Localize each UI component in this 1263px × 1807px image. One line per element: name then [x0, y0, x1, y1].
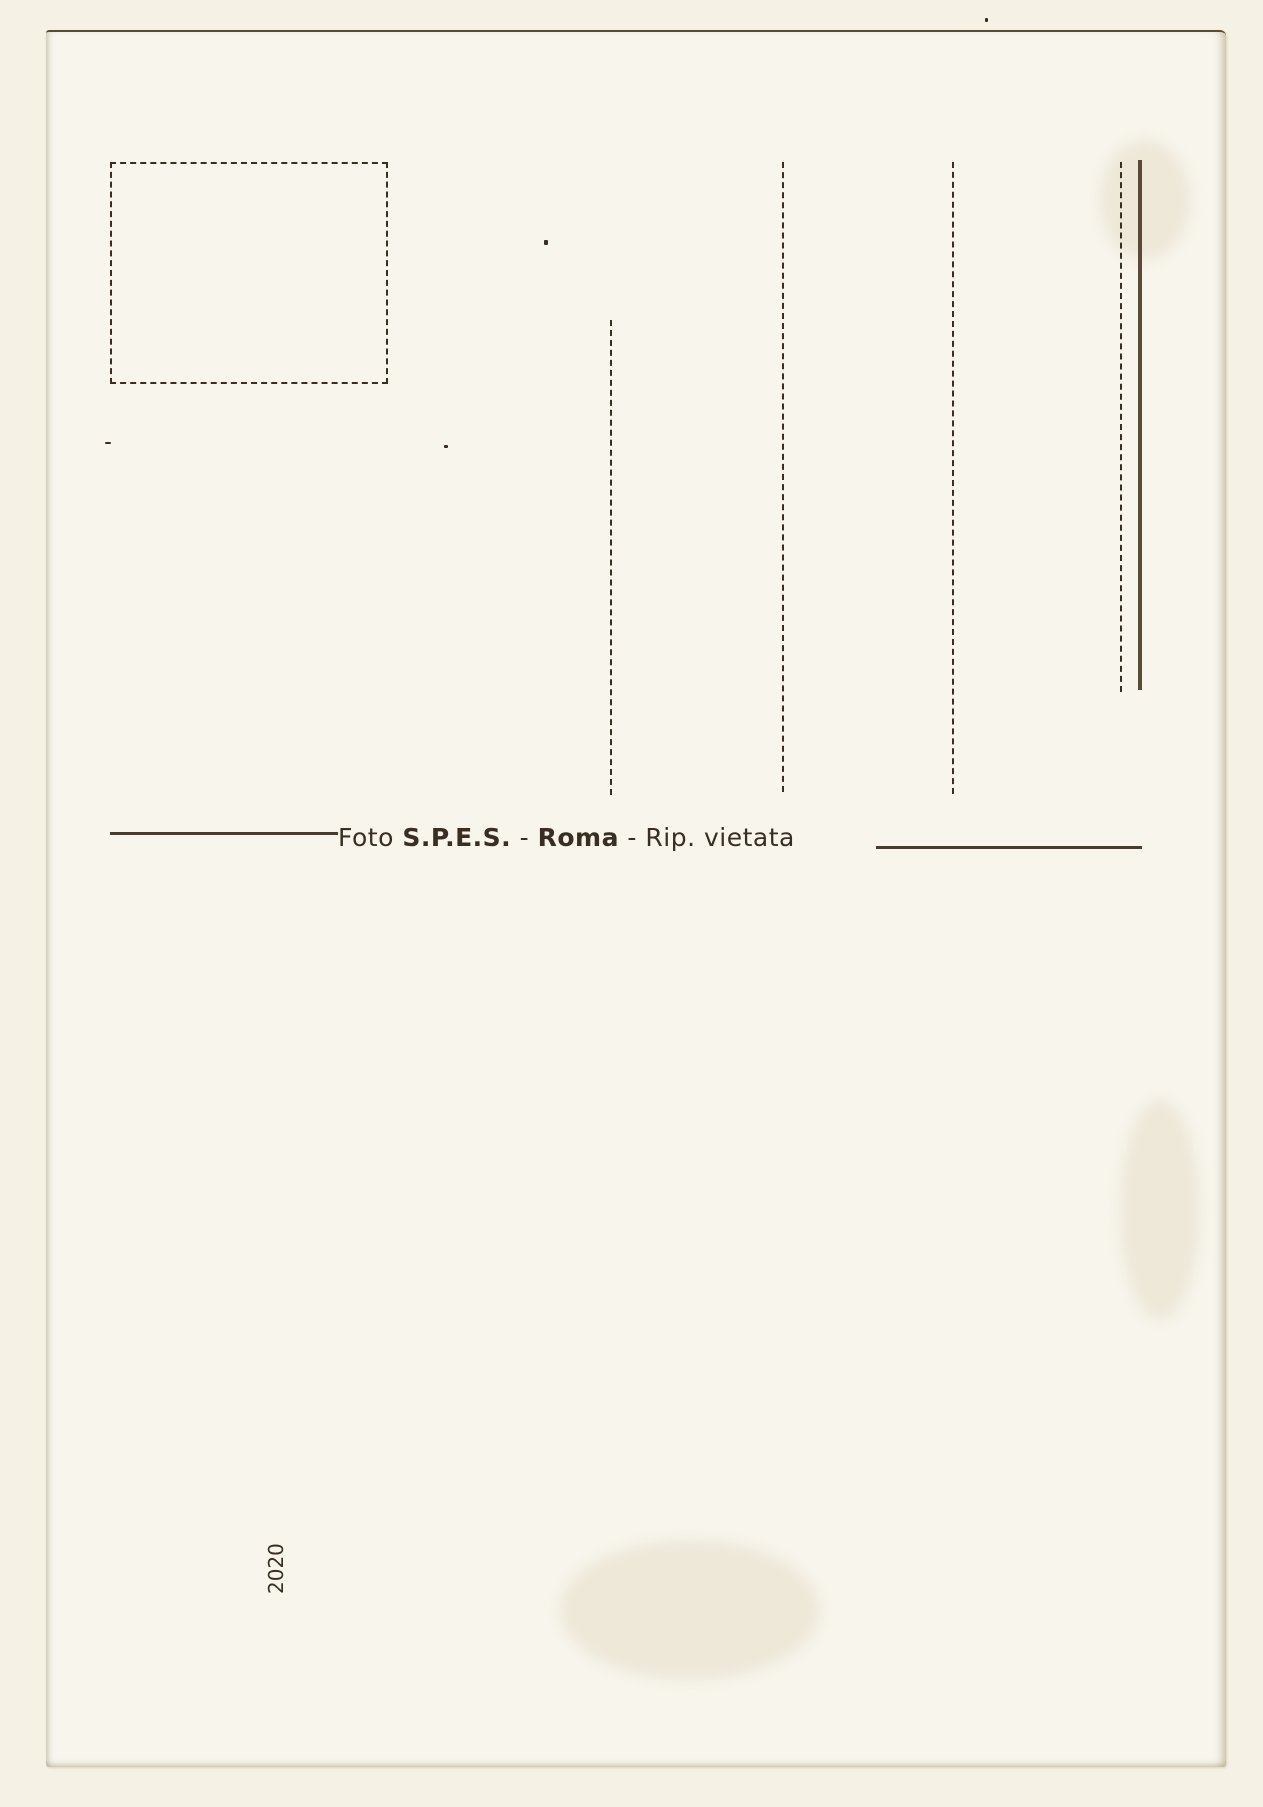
- imprint-rule-left: [110, 832, 338, 835]
- paper-stain: [1100, 140, 1190, 260]
- imprint-city: Roma: [538, 823, 619, 852]
- imprint-separator: -: [627, 823, 637, 852]
- publisher-imprint: Foto S.P.E.S. - Roma - Rip. vietata: [338, 823, 795, 852]
- imprint-prefix: Foto: [338, 823, 394, 852]
- imprint-publisher: S.P.E.S.: [402, 823, 511, 852]
- paper-stain: [1120, 1100, 1200, 1320]
- paper-stain: [560, 1540, 820, 1680]
- address-line-2: [782, 162, 784, 792]
- address-line-1: [610, 320, 612, 795]
- address-line-3: [952, 162, 954, 794]
- ink-speck: [985, 18, 988, 22]
- stamp-placement-box: [110, 162, 388, 384]
- address-line-5-solid: [1138, 160, 1142, 690]
- imprint-notice: Rip. vietata: [645, 823, 794, 852]
- catalog-number: 2020: [264, 1543, 288, 1594]
- ink-speck: [105, 442, 111, 444]
- address-line-4: [1120, 162, 1122, 692]
- ink-speck: [544, 240, 548, 245]
- imprint-rule-right: [876, 846, 1142, 849]
- ink-speck: [444, 445, 448, 448]
- imprint-separator: -: [520, 823, 530, 852]
